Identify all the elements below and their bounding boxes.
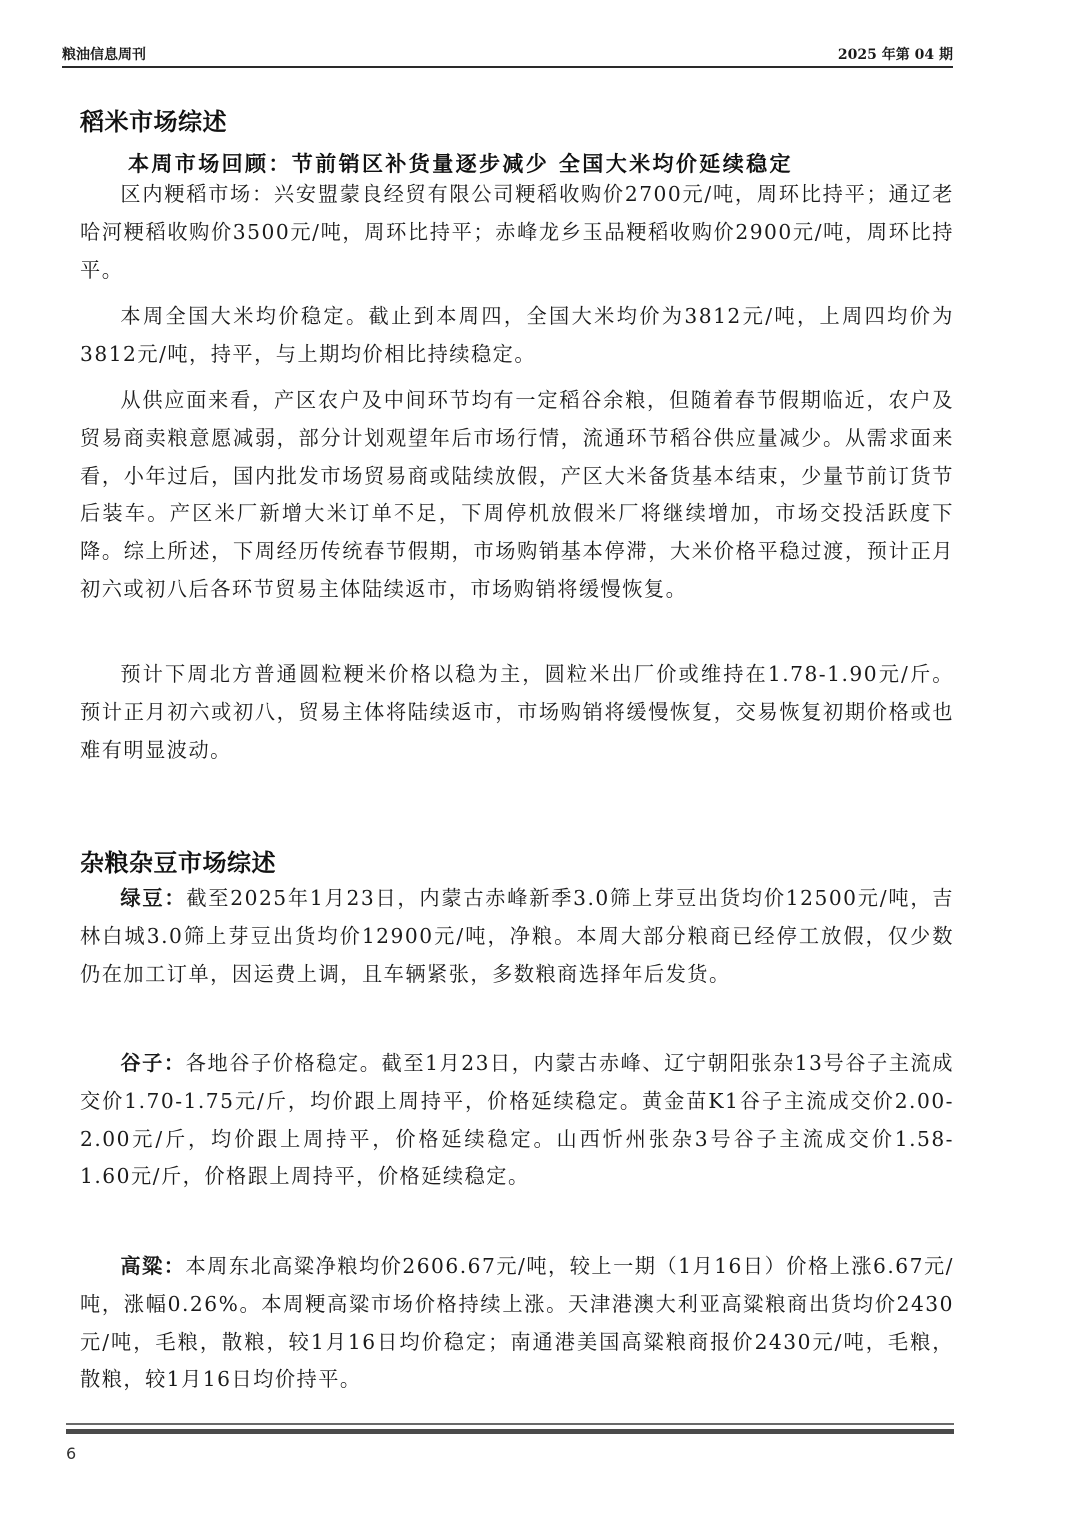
item-text: 截至2025年1月23日，内蒙古赤峰新季3.0筛上芽豆出货均价12500元/吨，…	[80, 886, 954, 986]
footer-divider-thick	[66, 1429, 954, 1434]
millet-paragraph: 谷子：各地谷子价格稳定。截至1月23日，内蒙古赤峰、辽宁朝阳张杂13号谷子主流成…	[80, 1045, 954, 1196]
rice-section-title: 稻米市场综述	[80, 102, 227, 137]
item-label: 高粱：	[120, 1254, 185, 1278]
item-label: 谷子：	[120, 1051, 185, 1075]
rice-paragraph: 区内粳稻市场：兴安盟蒙良经贸有限公司粳稻收购价2700元/吨，周环比持平；通辽老…	[80, 176, 954, 289]
footer-divider	[66, 1423, 954, 1425]
rice-paragraph: 本周全国大米均价稳定。截止到本周四，全国大米均价为3812元/吨，上周四均价为3…	[80, 298, 954, 374]
rice-paragraph: 从供应面来看，产区农户及中间环节均有一定稻谷余粮，但随着春节假期临近，农户及贸易…	[80, 382, 954, 609]
page-header: 粮油信息周刊 2025 年第 04 期	[62, 44, 953, 68]
item-text: 本周东北高粱净粮均价2606.67元/吨，较上一期（1月16日）价格上涨6.67…	[80, 1254, 954, 1391]
mung-bean-paragraph: 绿豆：截至2025年1月23日，内蒙古赤峰新季3.0筛上芽豆出货均价12500元…	[80, 880, 954, 993]
item-text: 各地谷子价格稳定。截至1月23日，内蒙古赤峰、辽宁朝阳张杂13号谷子主流成交价1…	[80, 1051, 954, 1188]
grains-section-title: 杂粮杂豆市场综述	[80, 843, 276, 878]
sorghum-paragraph: 高粱：本周东北高粱净粮均价2606.67元/吨，较上一期（1月16日）价格上涨6…	[80, 1248, 954, 1399]
issue-number: 2025 年第 04 期	[838, 44, 953, 64]
rice-section-subtitle: 本周市场回顾：节前销区补货量逐步减少 全国大米均价延续稳定	[128, 148, 793, 178]
rice-paragraph: 预计下周北方普通圆粒粳米价格以稳为主，圆粒米出厂价或维持在1.78-1.90元/…	[80, 656, 954, 769]
page-number: 6	[66, 1444, 76, 1463]
item-label: 绿豆：	[120, 886, 186, 910]
publication-name: 粮油信息周刊	[62, 44, 146, 64]
